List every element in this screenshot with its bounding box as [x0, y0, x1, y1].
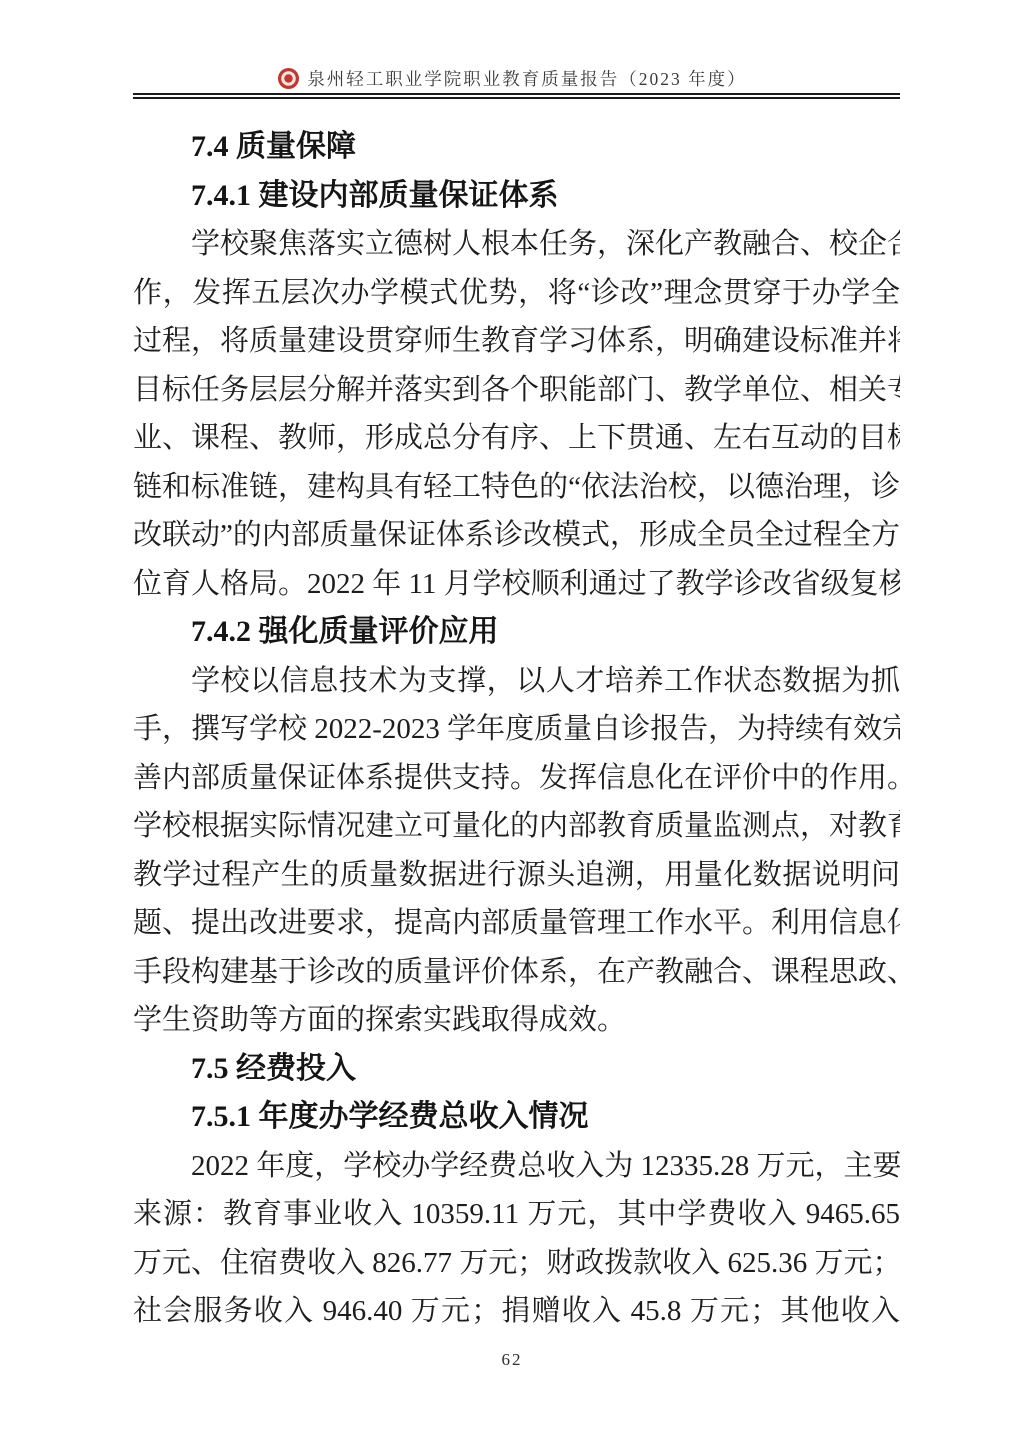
- heading-7-4: 7.4 质量保障: [133, 123, 900, 172]
- paragraph-quality-evaluation: 学校以信息技术为支撑，以人才培养工作状态数据为抓 手，撰写学校 2022-202…: [133, 657, 900, 1045]
- text-line: 业、课程、教师，形成总分有序、上下贯通、左右互动的目标: [133, 414, 900, 463]
- paragraph-quality-system: 学校聚焦落实立德树人根本任务，深化产教融合、校企合 作，发挥五层次办学模式优势，…: [133, 220, 900, 608]
- text-line: 善内部质量保证体系提供支持。发挥信息化在评价中的作用。: [133, 754, 900, 803]
- text-line: 学生资助等方面的探索实践取得成效。: [133, 996, 900, 1045]
- text-line: 题、提出改进要求，提高内部质量管理工作水平。利用信息化: [133, 899, 900, 948]
- text-line: 社会服务收入 946.40 万元；捐赠收入 45.8 万元；其他收入: [133, 1287, 900, 1336]
- text-line: 手，撰写学校 2022-2023 学年度质量自诊报告，为持续有效完: [133, 705, 900, 754]
- heading-7-4-2: 7.4.2 强化质量评价应用: [133, 608, 900, 657]
- text-line: 学校以信息技术为支撑，以人才培养工作状态数据为抓: [133, 657, 900, 706]
- text-line: 链和标准链，建构具有轻工特色的“依法治校，以德治理，诊: [133, 463, 900, 512]
- header-title: 泉州轻工职业学院职业教育质量报告（2023 年度）: [307, 66, 746, 91]
- text-line: 作，发挥五层次办学模式优势，将“诊改”理念贯穿于办学全: [133, 269, 900, 318]
- text-line: 教学过程产生的质量数据进行源头追溯，用量化数据说明问: [133, 851, 900, 900]
- heading-7-5: 7.5 经费投入: [133, 1045, 900, 1094]
- paragraph-funding-income: 2022 年度，学校办学经费总收入为 12335.28 万元，主要 来源：教育事…: [133, 1142, 900, 1336]
- heading-7-4-1: 7.4.1 建设内部质量保证体系: [133, 172, 900, 221]
- text-line: 来源：教育事业收入 10359.11 万元，其中学费收入 9465.65: [133, 1190, 900, 1239]
- header-row: 泉州轻工职业学院职业教育质量报告（2023 年度）: [0, 0, 1024, 93]
- page-header: 泉州轻工职业学院职业教育质量报告（2023 年度）: [0, 0, 1024, 99]
- text-line: 学校聚焦落实立德树人根本任务，深化产教融合、校企合: [133, 220, 900, 269]
- document-body: 7.4 质量保障 7.4.1 建设内部质量保证体系 学校聚焦落实立德树人根本任务…: [133, 123, 900, 1336]
- school-seal-icon: [277, 67, 300, 90]
- page-number: 62: [502, 1350, 523, 1369]
- text-line: 过程，将质量建设贯穿师生教育学习体系，明确建设标准并将: [133, 317, 900, 366]
- text-line: 位育人格局。2022 年 11 月学校顺利通过了教学诊改省级复核。: [133, 560, 900, 609]
- text-line: 万元、住宿费收入 826.77 万元；财政拨款收入 625.36 万元；: [133, 1239, 900, 1288]
- text-line: 手段构建基于诊改的质量评价体系，在产教融合、课程思政、: [133, 948, 900, 997]
- heading-7-5-1: 7.5.1 年度办学经费总收入情况: [133, 1093, 900, 1142]
- document-page: 泉州轻工职业学院职业教育质量报告（2023 年度） 7.4 质量保障 7.4.1…: [0, 0, 1024, 1448]
- text-line: 改联动”的内部质量保证体系诊改模式，形成全员全过程全方: [133, 511, 900, 560]
- text-line: 目标任务层层分解并落实到各个职能部门、教学单位、相关专: [133, 366, 900, 415]
- header-divider-line: [133, 93, 900, 99]
- page-footer: 62: [0, 1350, 1024, 1370]
- text-line: 2022 年度，学校办学经费总收入为 12335.28 万元，主要: [133, 1142, 900, 1191]
- text-line: 学校根据实际情况建立可量化的内部教育质量监测点，对教育: [133, 802, 900, 851]
